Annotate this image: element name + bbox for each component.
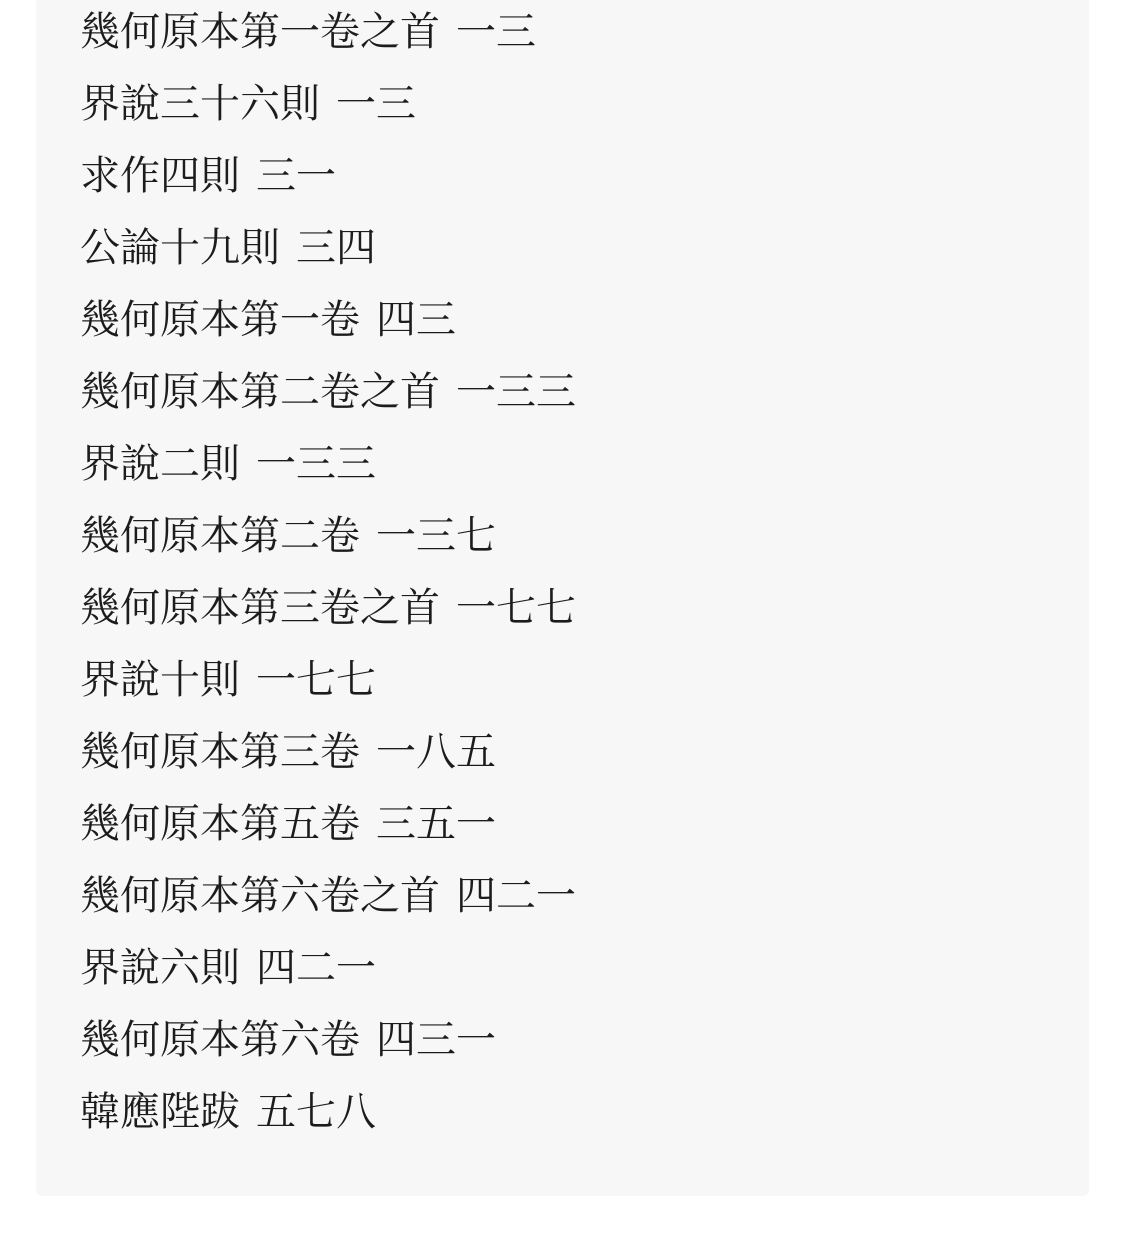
toc-entry-page: 一三七 [376,513,496,559]
toc-entry-title: 界說十則 [80,657,240,703]
toc-entry-page: 三四 [296,225,376,271]
toc-entry-title: 界說六則 [80,945,240,991]
toc-entry[interactable]: 幾何原本第三卷之首一七七 [80,572,1089,644]
toc-entry[interactable]: 界說十則一七七 [80,644,1089,716]
toc-entry[interactable]: 界說六則四二一 [80,932,1089,1004]
toc-entry[interactable]: 幾何原本第二卷之首一三三 [80,356,1089,428]
table-of-contents-panel: 幾何原本第一卷之首一三 界說三十六則一三 求作四則三一 公論十九則三四 幾何原本… [36,0,1089,1196]
toc-entry[interactable]: 求作四則三一 [80,140,1089,212]
toc-entry-page: 一八五 [376,729,496,775]
toc-entry-title: 幾何原本第一卷 [80,297,360,343]
toc-entry[interactable]: 幾何原本第三卷一八五 [80,716,1089,788]
toc-entry-page: 一七七 [456,585,576,631]
toc-entry-page: 一七七 [256,657,376,703]
toc-entry-page: 三五一 [376,801,496,847]
toc-entry-page: 三一 [256,153,336,199]
toc-entry-page: 一三三 [256,441,376,487]
toc-entry-title: 幾何原本第二卷 [80,513,360,559]
toc-entry-page: 五七八 [256,1089,376,1135]
toc-entry[interactable]: 界說三十六則一三 [80,68,1089,140]
toc-entry[interactable]: 幾何原本第一卷四三 [80,284,1089,356]
toc-entry-page: 四三 [376,297,456,343]
toc-entry-title: 幾何原本第三卷之首 [80,585,440,631]
toc-entry[interactable]: 幾何原本第六卷之首四二一 [80,860,1089,932]
toc-entry-page: 四三一 [376,1017,496,1063]
toc-entry-title: 幾何原本第六卷之首 [80,873,440,919]
toc-entry[interactable]: 韓應陛跋五七八 [80,1076,1089,1148]
toc-entry-title: 幾何原本第三卷 [80,729,360,775]
toc-entry[interactable]: 幾何原本第六卷四三一 [80,1004,1089,1076]
toc-entry-title: 韓應陛跋 [80,1089,240,1135]
toc-entry-page: 四二一 [456,873,576,919]
toc-entry-title: 界說二則 [80,441,240,487]
toc-entry[interactable]: 公論十九則三四 [80,212,1089,284]
toc-entry-page: 四二一 [256,945,376,991]
toc-entry-title: 幾何原本第六卷 [80,1017,360,1063]
toc-entry-title: 幾何原本第二卷之首 [80,369,440,415]
toc-entry[interactable]: 幾何原本第五卷三五一 [80,788,1089,860]
toc-entry-title: 界說三十六則 [80,81,320,127]
toc-entry[interactable]: 界說二則一三三 [80,428,1089,500]
toc-entry-page: 一三三 [456,369,576,415]
toc-entry[interactable]: 幾何原本第二卷一三七 [80,500,1089,572]
toc-entry[interactable]: 幾何原本第一卷之首一三 [80,0,1089,68]
toc-entry-title: 幾何原本第一卷之首 [80,9,440,55]
toc-entry-page: 一三 [456,9,536,55]
toc-entry-title: 幾何原本第五卷 [80,801,360,847]
toc-entry-title: 求作四則 [80,153,240,199]
toc-entry-page: 一三 [336,81,416,127]
toc-entry-title: 公論十九則 [80,225,280,271]
